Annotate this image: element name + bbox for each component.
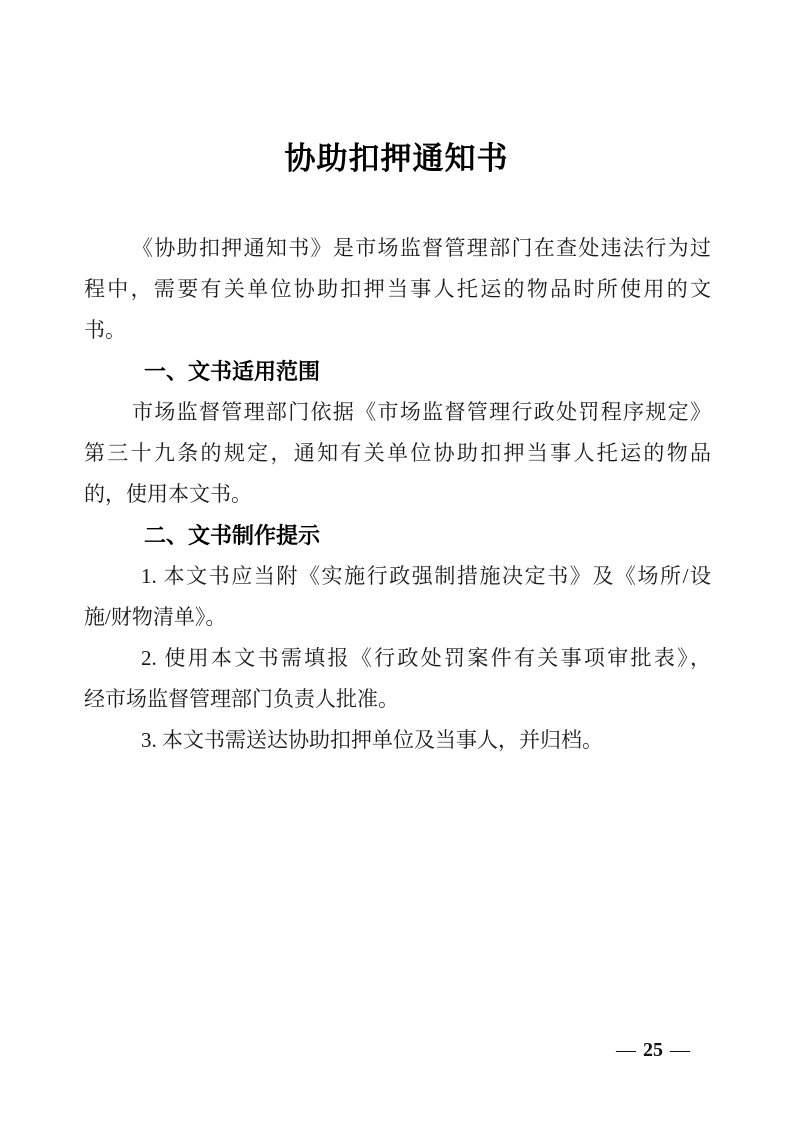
page-footer: —25— — [616, 1036, 690, 1064]
section-2-item-1-line-2: 施/财物清单》。 — [84, 597, 711, 638]
section-2-item-2-line-1: 2. 使用本文书需填报《行政处罚案件有关事项审批表》， — [84, 638, 711, 679]
document-title: 协助扣押通知书 — [0, 140, 793, 178]
section-1-line-1: 市场监督管理部门依据《市场监督管理行政处罚程序规定》 — [84, 392, 711, 433]
document-page: 协助扣押通知书 《协助扣押通知书》是市场监督管理部门在查处违法行为过 程中，需要… — [0, 0, 793, 1122]
section-2-item-2-line-2: 经市场监督管理部门负责人批准。 — [84, 679, 711, 720]
section-1-heading: 一、文书适用范围 — [84, 351, 711, 392]
intro-line-3: 书。 — [84, 310, 711, 351]
section-2-item-1-line-1: 1. 本文书应当附《实施行政强制措施决定书》及《场所/设 — [84, 556, 711, 597]
footer-dash-left: — — [616, 1039, 636, 1061]
document-body: 《协助扣押通知书》是市场监督管理部门在查处违法行为过 程中，需要有关单位协助扣押… — [84, 228, 711, 761]
footer-dash-right: — — [670, 1039, 690, 1061]
intro-line-2: 程中，需要有关单位协助扣押当事人托运的物品时所使用的文 — [84, 269, 711, 310]
section-2-item-3-line-1: 3. 本文书需送达协助扣押单位及当事人，并归档。 — [84, 720, 711, 761]
section-1-line-3: 的，使用本文书。 — [84, 474, 711, 515]
intro-line-1: 《协助扣押通知书》是市场监督管理部门在查处违法行为过 — [84, 228, 711, 269]
section-1-line-2: 第三十九条的规定，通知有关单位协助扣押当事人托运的物品 — [84, 433, 711, 474]
section-2-heading: 二、文书制作提示 — [84, 515, 711, 556]
page-number: 25 — [643, 1039, 663, 1061]
